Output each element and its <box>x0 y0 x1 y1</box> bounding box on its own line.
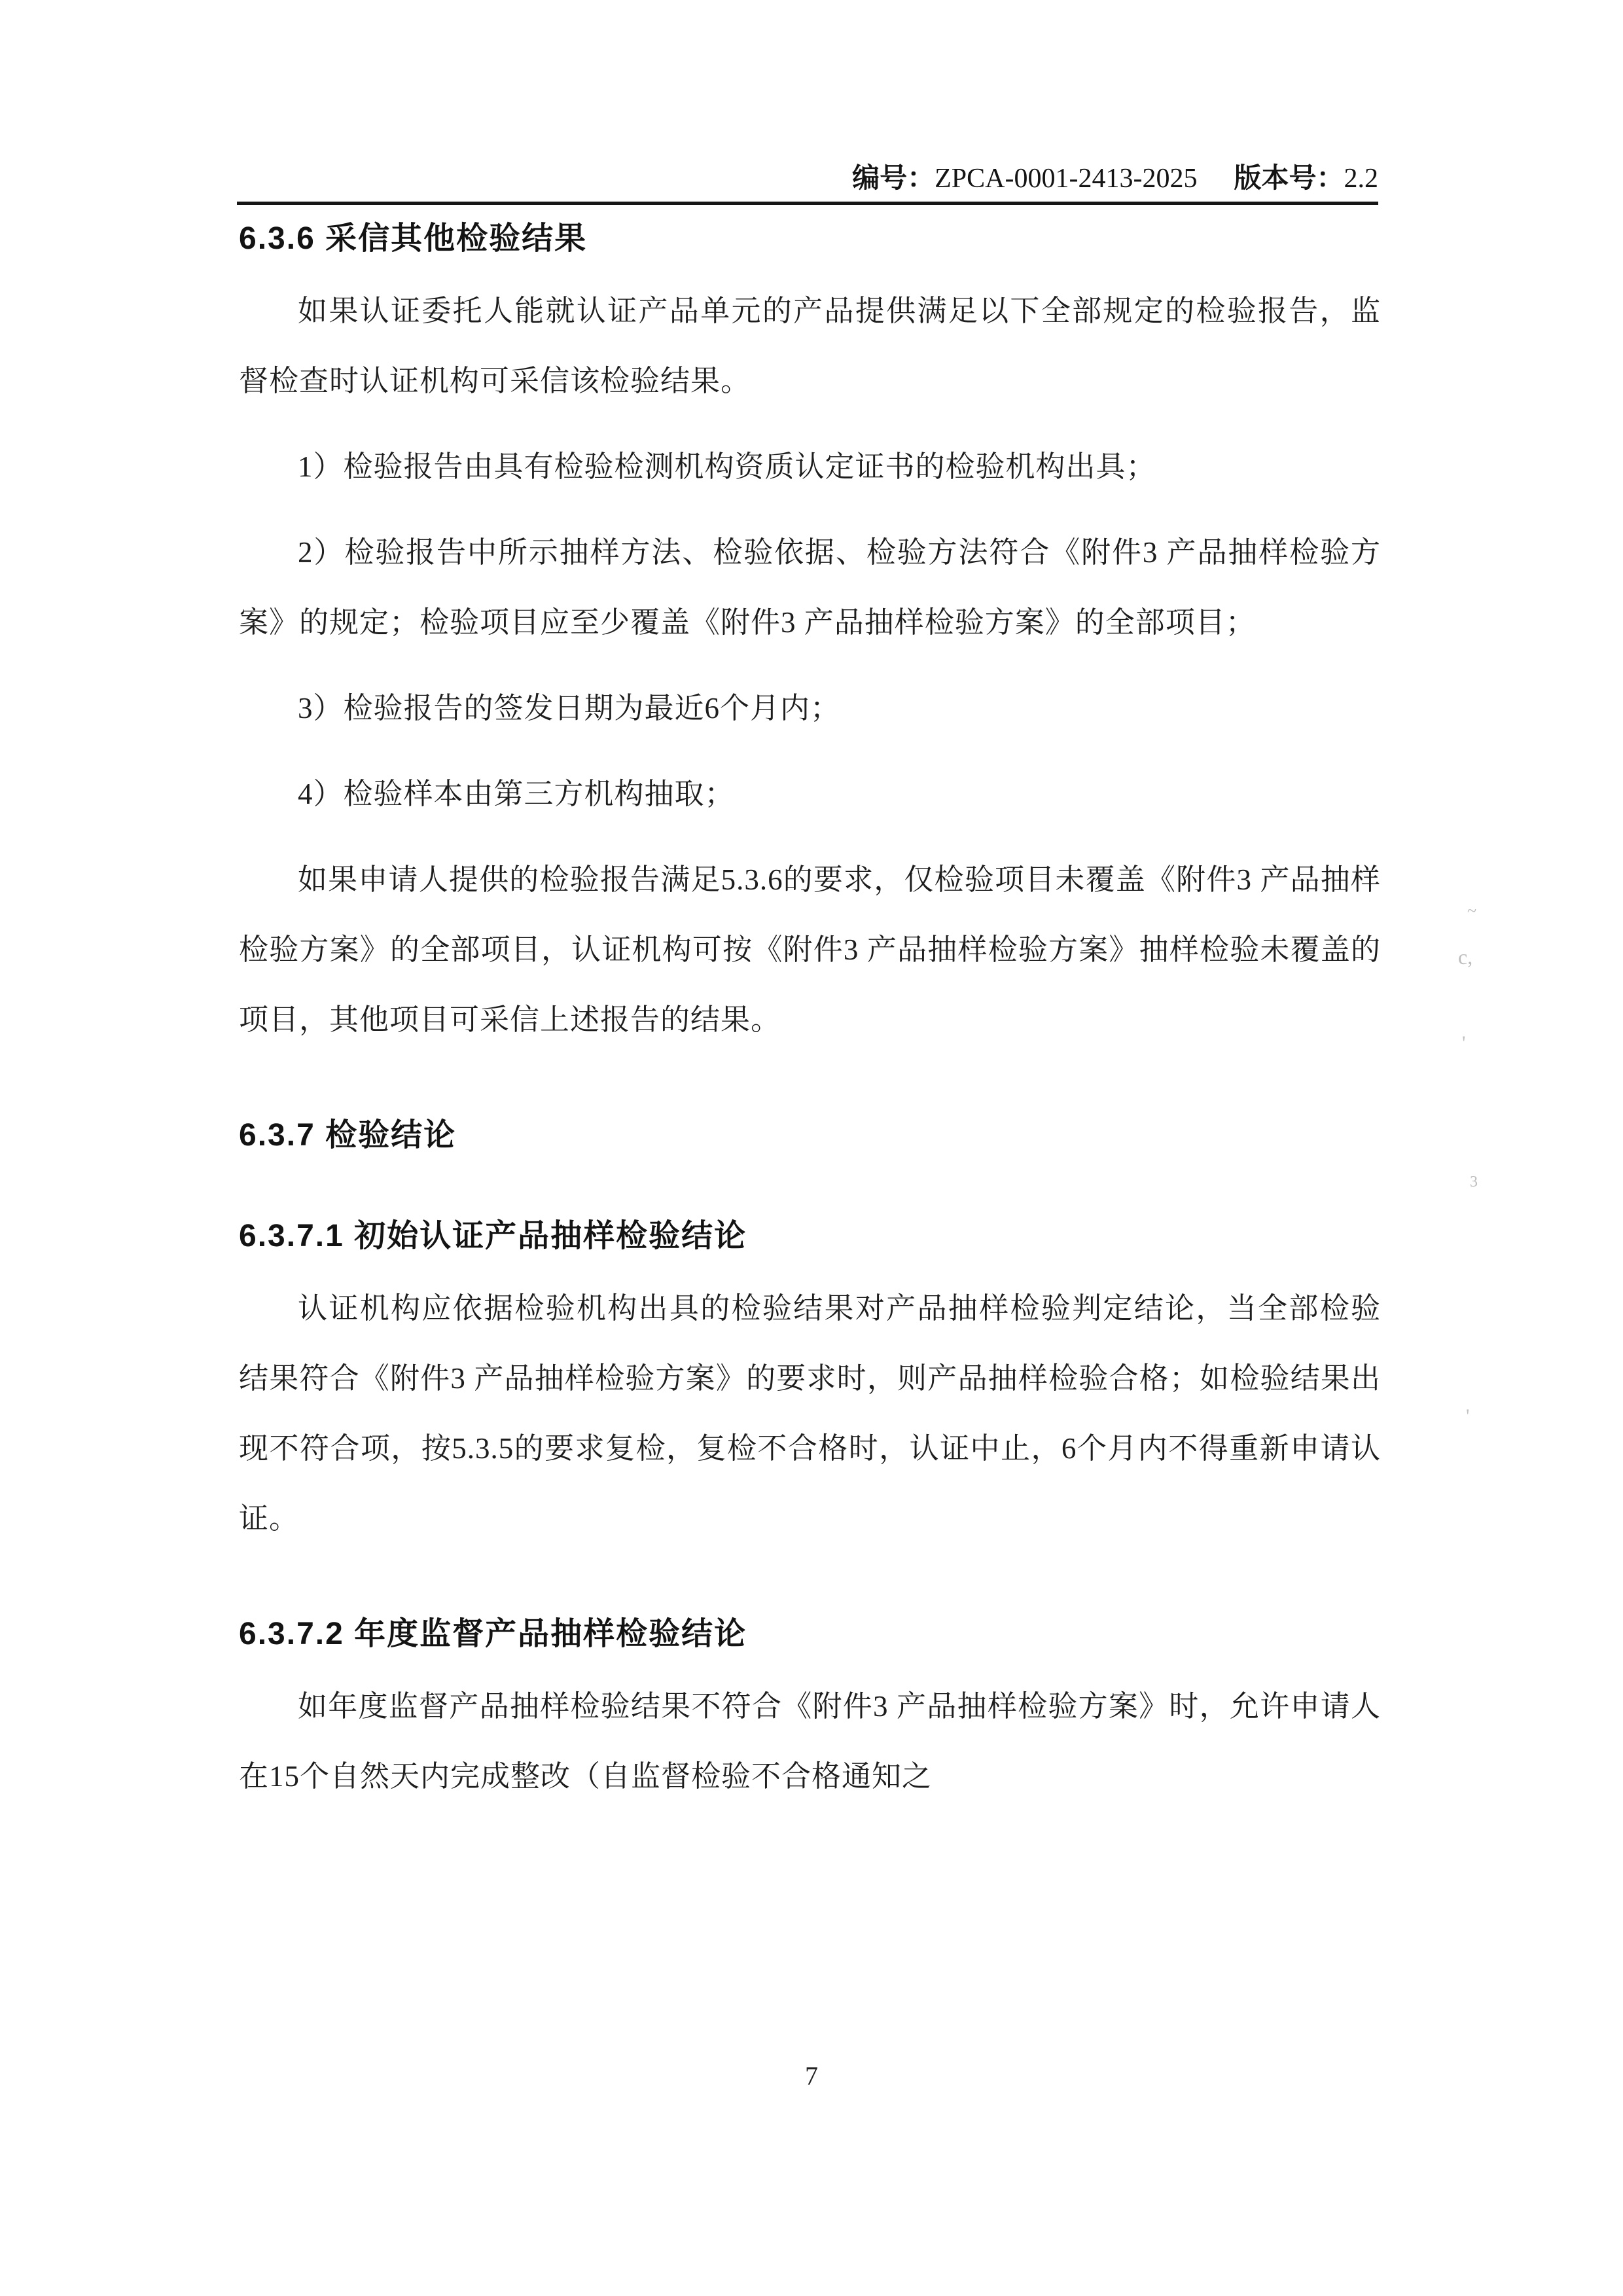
body-paragraph: 如果申请人提供的检验报告满足5.3.6的要求，仅检验项目未覆盖《附件3 产品抽样… <box>239 845 1381 1055</box>
version-label: 版本号： <box>1234 162 1344 193</box>
scan-artifact: ' <box>1466 1407 1469 1426</box>
scan-artifact: ' <box>1462 1034 1465 1052</box>
document-page: 编号：ZPCA-0001-2413-2025版本号：2.2 6.3.6 采信其他… <box>0 0 1623 2296</box>
page-number: 7 <box>0 2060 1623 2091</box>
body-paragraph: 4）检验样本由第三方机构抽取； <box>239 759 1381 829</box>
body-paragraph: 如果认证委托人能就认证产品单元的产品提供满足以下全部规定的检验报告，监督检查时认… <box>239 276 1381 416</box>
version-value: 2.2 <box>1344 164 1379 194</box>
document-content: 6.3.6 采信其他检验结果如果认证委托人能就认证产品单元的产品提供满足以下全部… <box>239 208 1381 1827</box>
document-header: 编号：ZPCA-0001-2413-2025版本号：2.2 <box>241 160 1378 197</box>
header-rule <box>237 202 1378 205</box>
body-paragraph: 如年度监督产品抽样检验结果不符合《附件3 产品抽样检验方案》时，允许申请人在15… <box>239 1672 1381 1812</box>
body-paragraph: 3）检验报告的签发日期为最近6个月内； <box>239 673 1381 744</box>
section-heading: 6.3.6 采信其他检验结果 <box>239 219 1381 259</box>
doc-number-value: ZPCA-0001-2413-2025 <box>935 164 1197 194</box>
doc-number-label: 编号： <box>852 162 935 193</box>
scan-artifact: c, <box>1458 948 1472 966</box>
section-heading: 6.3.7.1 初始认证产品抽样检验结论 <box>239 1216 1381 1257</box>
body-paragraph: 2）检验报告中所示抽样方法、检验依据、检验方法符合《附件3 产品抽样检验方案》的… <box>239 518 1381 658</box>
body-paragraph: 认证机构应依据检验机构出具的检验结果对产品抽样检验判定结论，当全部检验结果符合《… <box>239 1274 1381 1554</box>
body-paragraph: 1）检验报告由具有检验检测机构资质认定证书的检验机构出具； <box>239 432 1381 502</box>
section-heading: 6.3.7.2 年度监督产品抽样检验结论 <box>239 1614 1381 1655</box>
scan-artifact: ~ <box>1467 902 1476 920</box>
section-heading: 6.3.7 检验结论 <box>239 1115 1381 1156</box>
scan-artifact: 3 <box>1470 1173 1478 1191</box>
